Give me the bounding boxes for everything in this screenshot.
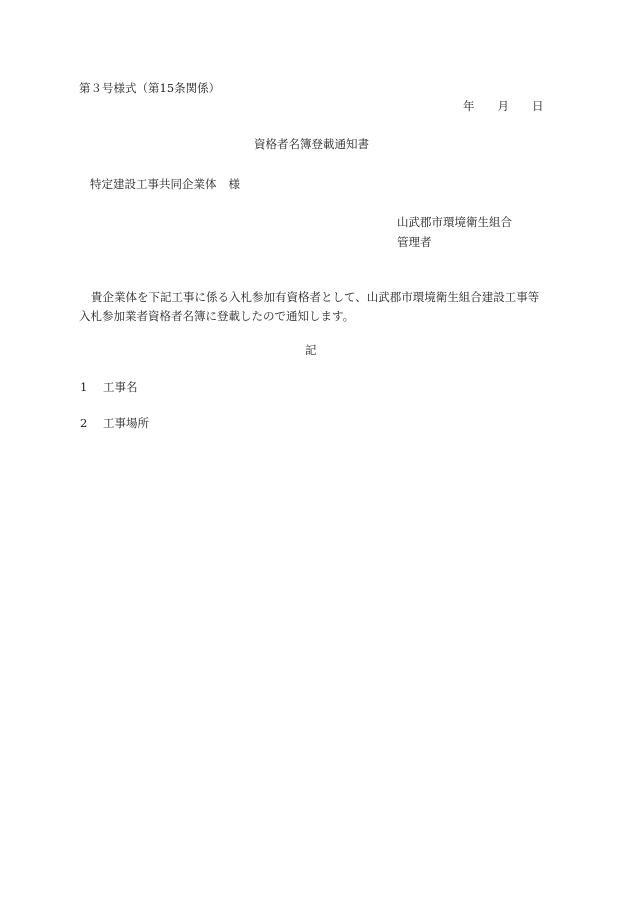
addressee-name: 特定建設工事共同企業体 [90, 177, 217, 191]
item-number: 1 [80, 380, 103, 394]
form-number: 第３号様式（第15条関係） [79, 81, 220, 95]
day-label: 日 [532, 99, 544, 113]
item-label: 工事名 [103, 380, 138, 394]
item-label: 工事場所 [103, 416, 149, 430]
addressee: 特定建設工事共同企業体様 [90, 177, 240, 191]
issuer-role: 管理者 [397, 232, 512, 252]
issuer-block: 山武郡市環境衛生組合 管理者 [397, 212, 512, 252]
item-construction-name: 1工事名 [80, 380, 138, 394]
date-line: 年月日 [463, 99, 544, 113]
month-label: 月 [498, 99, 510, 113]
year-label: 年 [463, 99, 475, 113]
addressee-honorific: 様 [229, 177, 241, 191]
item-number: 2 [80, 416, 103, 430]
issuer-organization: 山武郡市環境衛生組合 [397, 212, 512, 232]
document-title: 資格者名簿登載通知書 [254, 137, 369, 151]
body-text: 貴企業体を下記工事に係る入札参加有資格者として、山武郡市環境衛生組合建設工事等入… [79, 288, 549, 326]
ki-heading: 記 [305, 343, 317, 357]
document-page: 第３号様式（第15条関係） 年月日 資格者名簿登載通知書 特定建設工事共同企業体… [0, 0, 630, 903]
item-construction-location: 2工事場所 [80, 416, 149, 430]
